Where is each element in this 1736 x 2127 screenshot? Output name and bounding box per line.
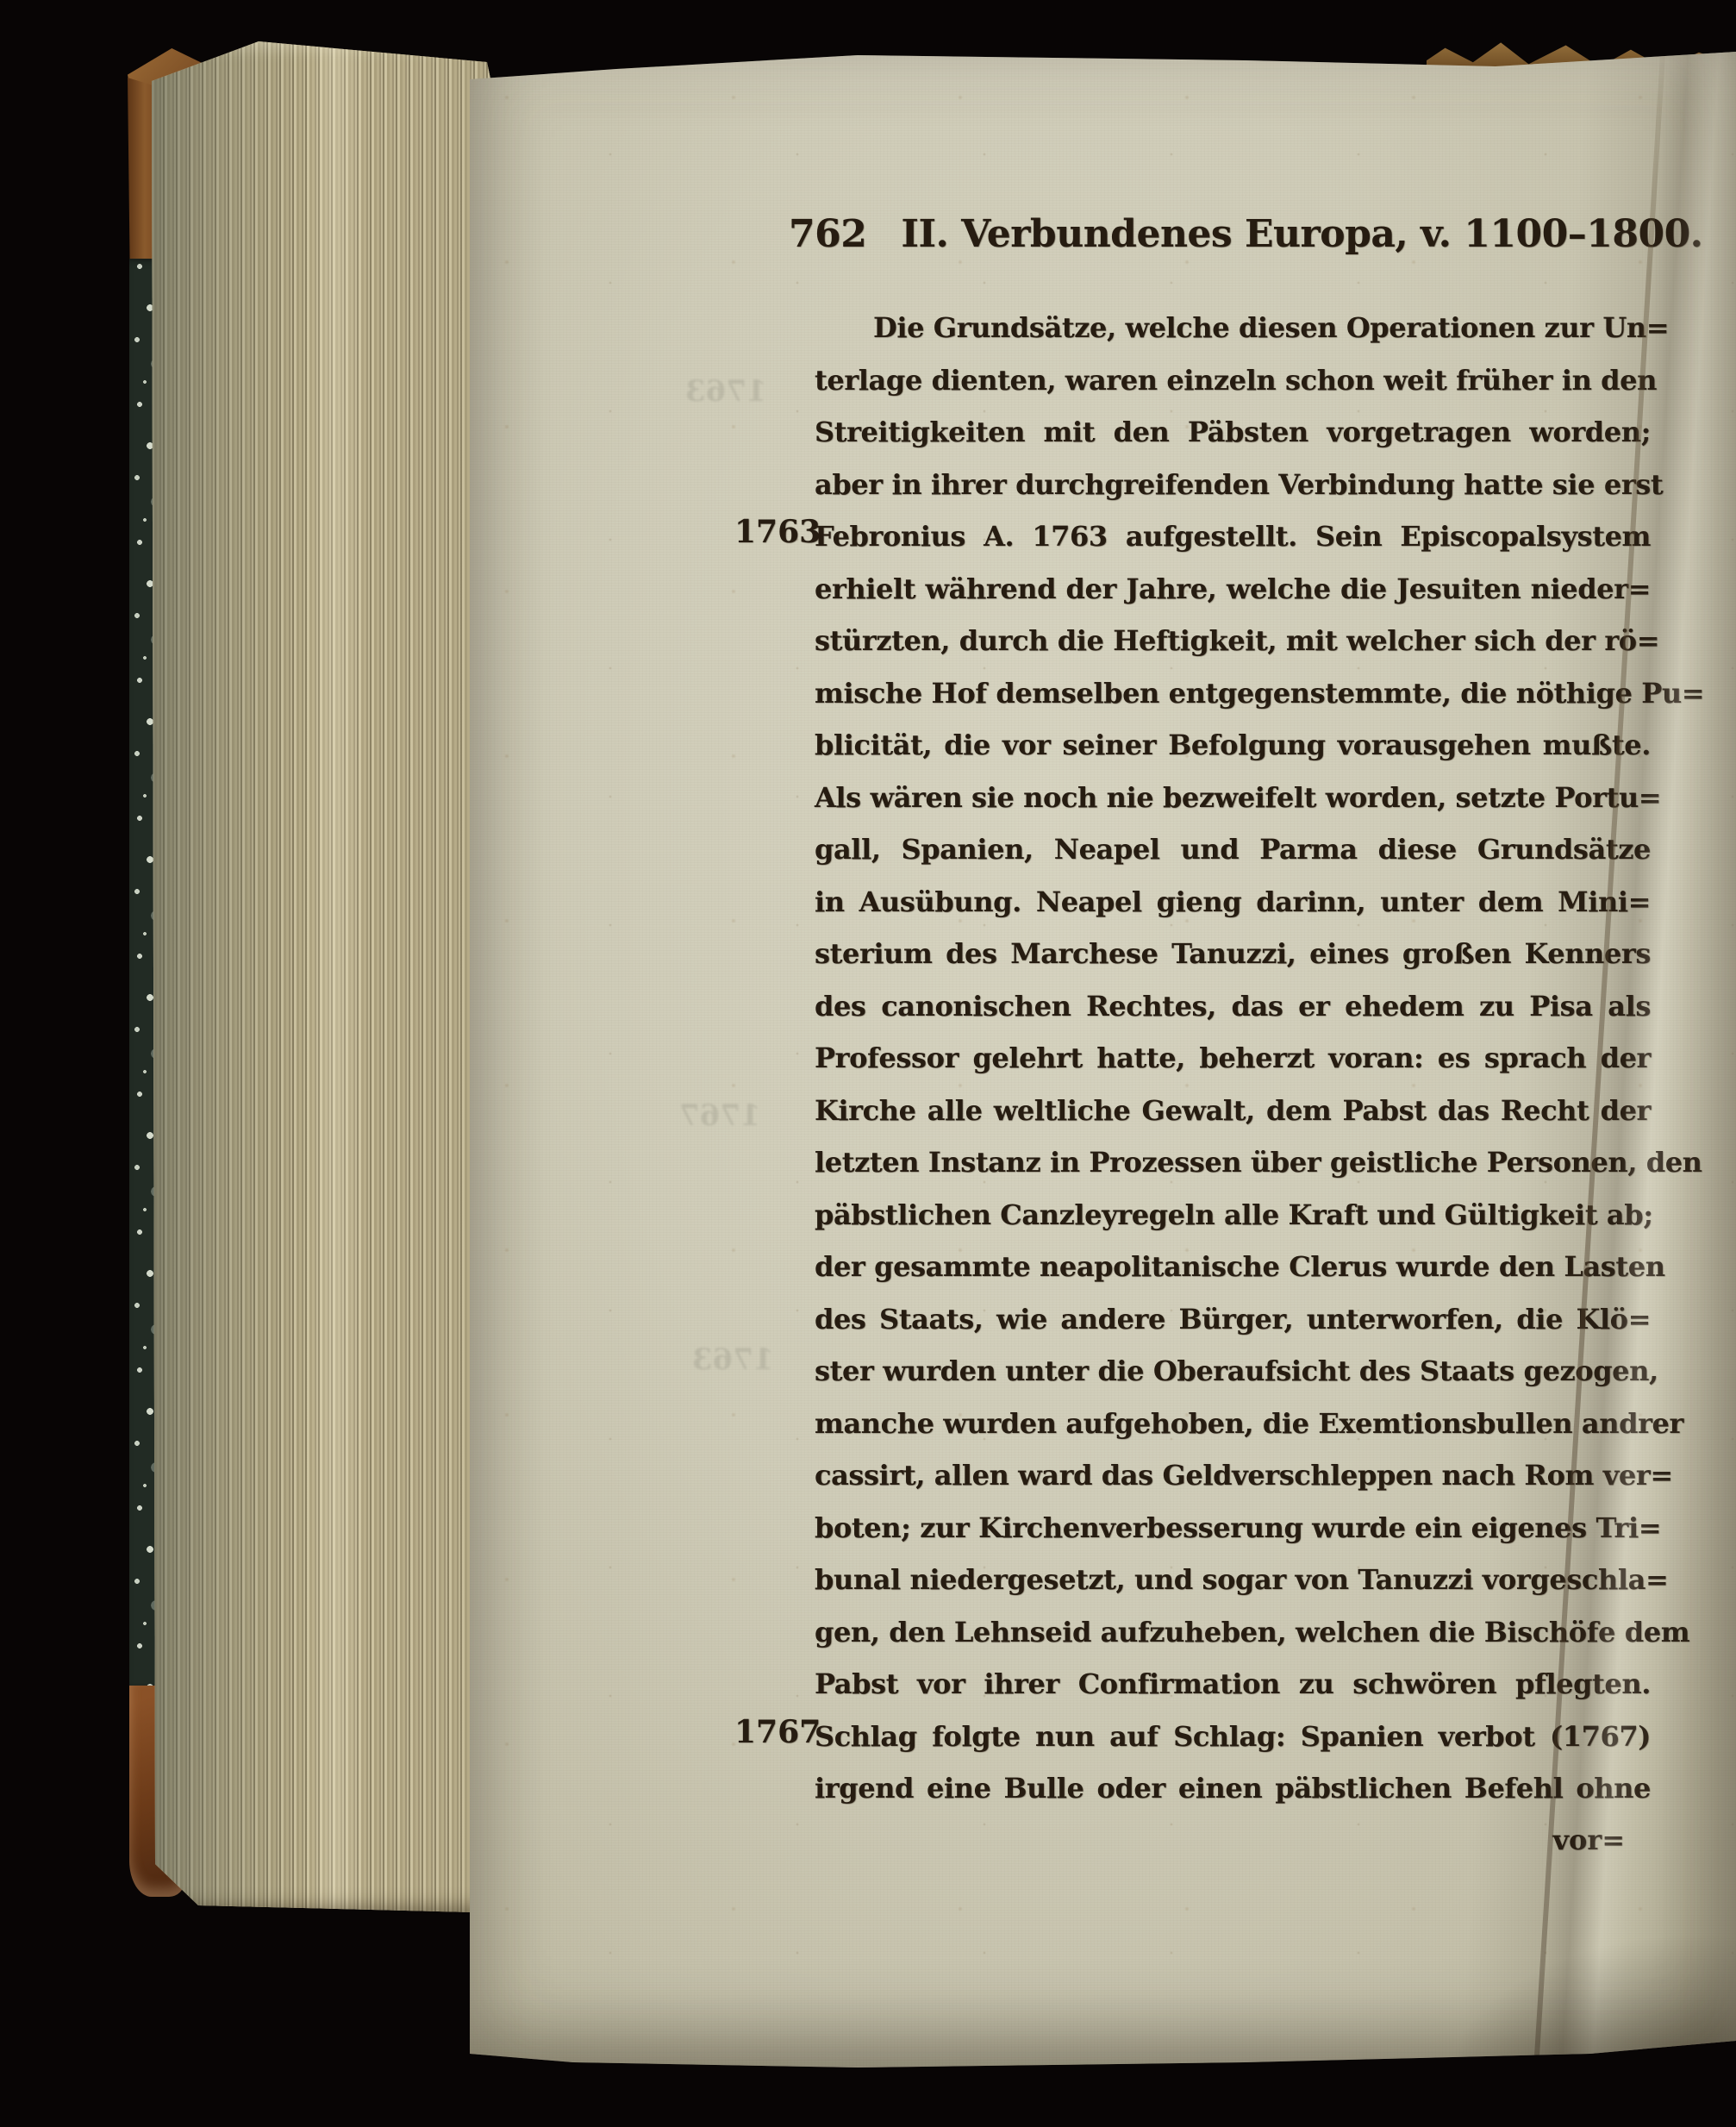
photo-background: { "page": { "number": "762", "running_ti… bbox=[0, 0, 1736, 2127]
showthrough-mark: 1767 bbox=[679, 1098, 761, 1133]
text-line: ster wurden unter die Oberaufsicht des S… bbox=[815, 1345, 1651, 1398]
text-line: in Ausübung. Neapel gieng darinn, unter … bbox=[815, 876, 1651, 929]
text-line: gall, Spanien, Neapel und Parma diese Gr… bbox=[815, 823, 1651, 876]
text-line: erhielt während der Jahre, welche die Je… bbox=[815, 563, 1651, 616]
text-line: Febronius A. 1763 aufgestellt. Sein Epis… bbox=[815, 510, 1651, 563]
text-line: cassirt, allen ward das Geldverschleppen… bbox=[815, 1449, 1651, 1502]
text-line: manche wurden aufgehoben, die Exemtionsb… bbox=[815, 1398, 1651, 1450]
page-number: 762 bbox=[789, 212, 866, 256]
showthrough-mark: 1763 bbox=[685, 374, 767, 409]
text-line: stürzten, durch die Heftigkeit, mit welc… bbox=[815, 615, 1651, 667]
margin-year: 1763 bbox=[734, 514, 809, 550]
text-line: der gesammte neapolitanische Clerus wurd… bbox=[815, 1241, 1651, 1293]
book-page: 762II. Verbundenes Europa, v. 1100–1800.… bbox=[470, 45, 1736, 2071]
text-line: letzten Instanz in Prozessen über geistl… bbox=[815, 1136, 1651, 1189]
text-line: Pabst vor ihrer Confirmation zu schwören… bbox=[815, 1658, 1651, 1711]
text-line: des canonischen Rechtes, das er ehedem z… bbox=[815, 980, 1651, 1033]
text-line: sterium des Marchese Tanuzzi, eines groß… bbox=[815, 928, 1651, 980]
text-line: blicität, die vor seiner Befolgung vorau… bbox=[815, 719, 1651, 772]
body-text: Die Grundsätze, welche diesen Operatione… bbox=[815, 302, 1651, 1815]
catchword: vor= bbox=[815, 1814, 1625, 1866]
text-line: Die Grundsätze, welche diesen Operatione… bbox=[815, 302, 1651, 354]
text-line: aber in ihrer durchgreifenden Verbindung… bbox=[815, 459, 1651, 511]
running-title: II. Verbundenes Europa, v. 1100–1800. bbox=[901, 212, 1702, 256]
text-line: Streitigkeiten mit den Päbsten vorgetrag… bbox=[815, 406, 1651, 459]
text-line: des Staats, wie andere Bürger, unterworf… bbox=[815, 1293, 1651, 1346]
text-line: mische Hof demselben entgegenstemmte, di… bbox=[815, 667, 1651, 720]
text-line: irgend eine Bulle oder einen päbstlichen… bbox=[815, 1762, 1651, 1815]
text-line: Schlag folgte nun auf Schlag: Spanien ve… bbox=[815, 1711, 1651, 1763]
text-line: Professor gelehrt hatte, beherzt voran: … bbox=[815, 1032, 1651, 1085]
text-line: Kirche alle weltliche Gewalt, dem Pabst … bbox=[815, 1085, 1651, 1137]
text-line: Als wären sie noch nie bezweifelt worden… bbox=[815, 772, 1651, 824]
text-line: terlage dienten, waren einzeln schon wei… bbox=[815, 354, 1651, 407]
text-line: päbstlichen Canzleyregeln alle Kraft und… bbox=[815, 1189, 1651, 1242]
text-line: boten; zur Kirchenverbesserung wurde ein… bbox=[815, 1502, 1651, 1555]
margin-year: 1767 bbox=[734, 1714, 809, 1750]
showthrough-mark: 1763 bbox=[692, 1342, 774, 1377]
text-line: bunal niedergesetzt, und sogar von Tanuz… bbox=[815, 1554, 1651, 1606]
text-line: gen, den Lehnseid aufzuheben, welchen di… bbox=[815, 1606, 1651, 1659]
running-header: 762II. Verbundenes Europa, v. 1100–1800. bbox=[789, 212, 1677, 256]
